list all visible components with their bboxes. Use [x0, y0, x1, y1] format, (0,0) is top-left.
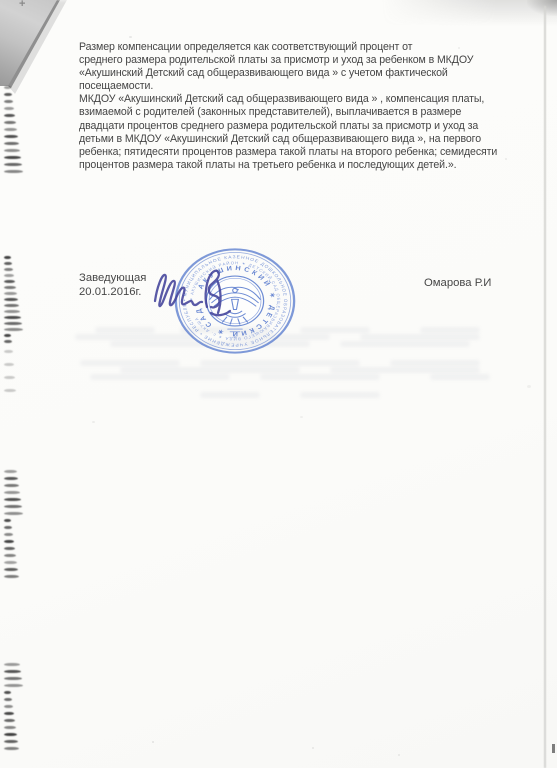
bleed-through-segment: [260, 374, 380, 380]
document-date: 20.01.2016г.: [79, 285, 146, 299]
binding-mark: [4, 561, 17, 564]
binding-mark: [4, 470, 17, 473]
paragraph: Размер компенсации определяется как соот…: [79, 41, 497, 93]
binding-mark: [4, 163, 22, 166]
scan-shadow-corner: [527, 0, 557, 16]
binding-mark: [4, 310, 20, 313]
text-line: двадцати процентов среднего размера роди…: [79, 120, 497, 133]
bleed-through-segment: [390, 360, 480, 366]
text-line: детьми в МКДОУ «Акушинский Детский сад о…: [79, 133, 497, 146]
binding-mark: [4, 519, 11, 522]
bleed-through-segment: [80, 360, 180, 366]
dust-speck: [152, 741, 154, 743]
binding-mark: [4, 733, 17, 736]
binding-mark: [4, 100, 13, 103]
binding-mark: [4, 691, 11, 694]
text-line: Размер компенсации определяется как соот…: [79, 41, 497, 54]
binding-mark: [4, 256, 11, 259]
text-line: посещаемости.: [79, 80, 497, 93]
binding-mark: [4, 575, 19, 578]
binding-mark: [4, 554, 16, 557]
registration-cross-mark: +: [19, 0, 25, 10]
page-edge-line: [544, 6, 546, 768]
dust-speck: [312, 747, 314, 749]
scanned-page: + Размер компенсации определяется как со…: [0, 0, 557, 768]
text-line: МКДОУ «Акушинский Детский сад общеразвив…: [79, 93, 497, 106]
text-line: ребенка; пятидесяти процентов размера та…: [79, 146, 497, 159]
binding-mark: [4, 705, 13, 708]
binding-mark: [4, 128, 17, 131]
binding-mark: [4, 726, 16, 729]
binding-mark: [4, 334, 11, 337]
handwritten-signature: [147, 261, 253, 319]
binding-mark: [4, 170, 23, 173]
text-line: взимаемой с родителей (законных представ…: [79, 106, 497, 119]
binding-mark: [4, 484, 19, 487]
paragraph: МКДОУ «Акушинский Детский сад общеразвив…: [79, 93, 497, 172]
binding-mark: [4, 322, 22, 325]
binding-mark: [4, 512, 23, 515]
binding-mark: [4, 505, 22, 508]
binding-mark: [4, 142, 19, 145]
bleed-through-segment: [340, 341, 470, 347]
binding-mark: [4, 298, 18, 301]
bleed-through-segment: [360, 334, 480, 340]
dust-speck: [527, 385, 531, 388]
binding-mark: [4, 274, 14, 277]
binding-mark: [4, 340, 12, 343]
binding-mark: [4, 280, 15, 283]
document-body: Размер компенсации определяется как соот…: [79, 41, 497, 172]
dust-speck: [92, 421, 95, 423]
bleed-through-segment: [420, 327, 480, 333]
binding-mark: [4, 328, 23, 331]
binding-mark: [4, 268, 13, 271]
dust-speck: [300, 416, 303, 418]
signoff-block: Заведующая 20.01.2016г.: [79, 271, 146, 300]
binding-mark: [4, 670, 21, 673]
binding-mark: [4, 526, 12, 529]
binding-mark: [4, 389, 16, 392]
binding-mark: [4, 712, 14, 715]
binding-mark: [4, 547, 15, 550]
bleed-through-segment: [300, 327, 370, 333]
binding-mark: [4, 262, 12, 265]
bleed-through-segment: [200, 392, 260, 398]
binding-mark: [4, 350, 13, 353]
dust-speck: [129, 36, 132, 38]
binding-mark: [4, 292, 17, 295]
binding-mark: [4, 491, 20, 494]
binding-mark: [4, 86, 11, 89]
binding-mark: [4, 663, 20, 666]
binding-mark: [4, 156, 21, 159]
binding-mark: [4, 677, 22, 680]
text-line: процентов размера такой платы на третьег…: [79, 159, 497, 172]
binding-mark: [4, 719, 15, 722]
bottom-right-edge-mark: [552, 744, 555, 753]
binding-mark: [4, 121, 16, 124]
bleed-through-segment: [300, 392, 380, 398]
binding-mark: [4, 498, 21, 501]
signer-role: Заведующая: [79, 271, 146, 285]
binding-mark: [4, 540, 14, 543]
binding-mark: [4, 740, 18, 743]
text-line: среднего размера родительской платы за п…: [79, 54, 497, 67]
binding-mark: [4, 477, 18, 480]
binding-mark: [4, 698, 12, 701]
bleed-through-segment: [330, 367, 480, 373]
dust-speck: [398, 754, 400, 756]
binding-mark: [4, 533, 13, 536]
binding-mark: [4, 376, 15, 379]
bleed-through-segment: [90, 374, 230, 380]
text-line: «Акушинский Детский сад общеразвивающего…: [79, 67, 497, 80]
bleed-through-segment: [95, 327, 155, 333]
bleed-through-segment: [430, 374, 490, 380]
binding-mark: [4, 363, 14, 366]
bleed-through-segment: [200, 360, 360, 366]
binding-mark: [4, 149, 20, 152]
binding-mark: [4, 93, 12, 96]
binding-mark: [4, 568, 18, 571]
binding-mark: [4, 747, 19, 750]
binding-mark: [4, 135, 18, 138]
binding-mark: [4, 114, 15, 117]
bleed-through-segment: [120, 367, 300, 373]
binding-mark: [4, 286, 16, 289]
binding-mark: [4, 316, 21, 319]
dust-speck: [505, 158, 507, 160]
signer-name: Омарова Р.И: [424, 277, 491, 289]
binding-mark: [4, 107, 14, 110]
binding-mark: [4, 304, 19, 307]
binding-mark: [4, 684, 23, 687]
